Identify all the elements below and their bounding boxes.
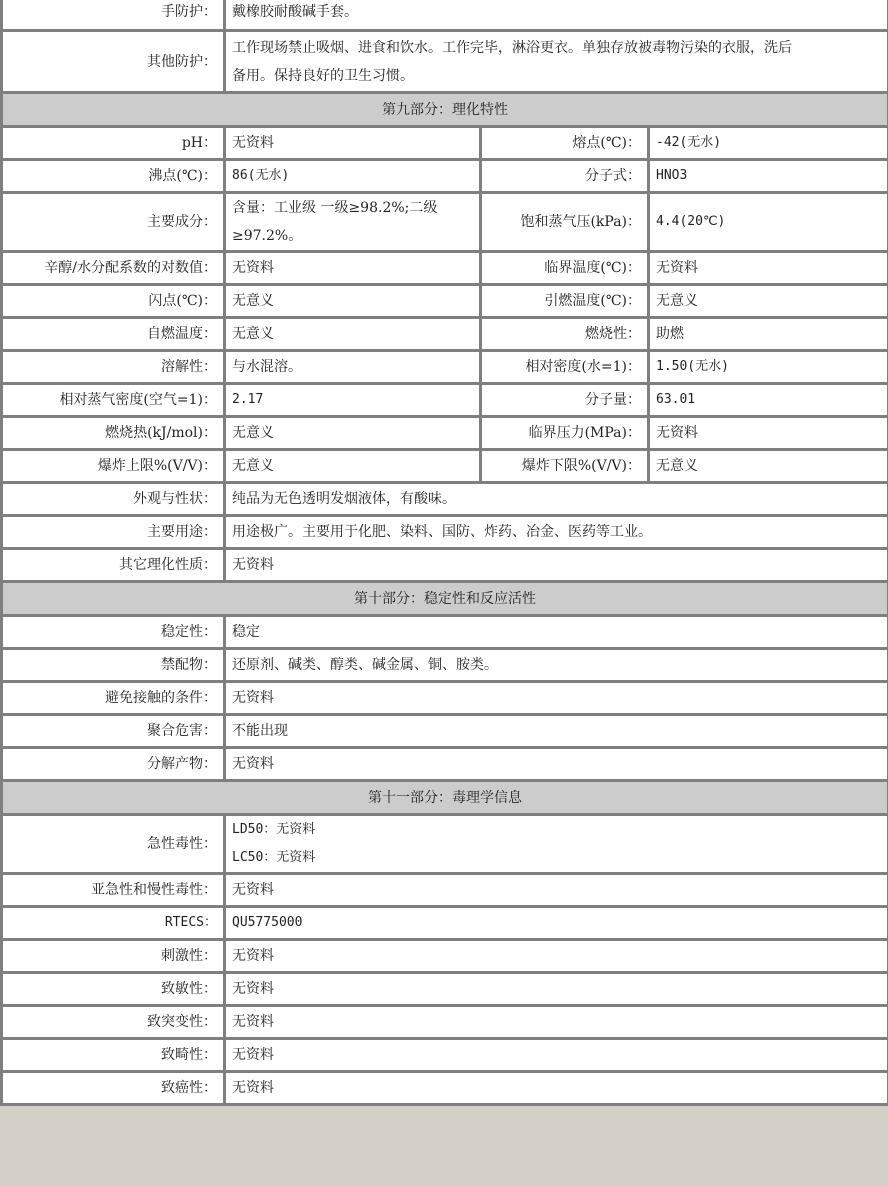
table-row: 致畸性： 无资料 xyxy=(2,1039,888,1072)
property-label: 相对蒸气密度(空气=1)： xyxy=(2,384,225,417)
property-value: 用途极广。主要用于化肥、染料、国防、炸药、冶金、医药等工业。 xyxy=(225,516,888,549)
property-label: 临界温度(℃)： xyxy=(481,252,649,285)
property-value: 无资料 xyxy=(225,748,888,781)
table-row: 致突变性： 无资料 xyxy=(2,1006,888,1039)
table-row: 分解产物： 无资料 xyxy=(2,748,888,781)
section-header-9: 第九部分：理化特性 xyxy=(2,93,888,127)
property-label: 稳定性： xyxy=(2,616,225,649)
property-label: 分子式： xyxy=(481,160,649,193)
property-label: 刺激性： xyxy=(2,940,225,973)
value-line: 含量：工业级 一级≥98.2%;二级 xyxy=(232,194,473,222)
property-value: 63.01 xyxy=(649,384,888,417)
table-row: pH： 无资料 熔点(℃)： -42(无水) xyxy=(2,127,888,160)
table-row: 致敏性： 无资料 xyxy=(2,973,888,1006)
property-label: 主要用途： xyxy=(2,516,225,549)
property-value: 无资料 xyxy=(225,1006,888,1039)
property-label: RTECS： xyxy=(2,907,225,940)
section-title-11: 第十一部分：毒理学信息 xyxy=(2,781,888,815)
property-value: 无资料 xyxy=(649,417,888,450)
table-row: 致癌性： 无资料 xyxy=(2,1072,888,1105)
table-row: 亚急性和慢性毒性： 无资料 xyxy=(2,874,888,907)
label-other-protection: 其他防护： xyxy=(2,31,225,93)
property-label: 辛醇/水分配系数的对数值： xyxy=(2,252,225,285)
value-other-protection: 工作现场禁止吸烟、进食和饮水。工作完毕，淋浴更衣。单独存放被毒物污染的衣服，洗后… xyxy=(225,31,888,93)
table-row: 避免接触的条件： 无资料 xyxy=(2,682,888,715)
property-value: 助燃 xyxy=(649,318,888,351)
table-row: 溶解性： 与水混溶。 相对密度(水=1)： 1.50(无水) xyxy=(2,351,888,384)
property-value: 无资料 xyxy=(225,973,888,1006)
property-label: 溶解性： xyxy=(2,351,225,384)
property-label: 熔点(℃)： xyxy=(481,127,649,160)
property-label: 急性毒性： xyxy=(2,815,225,874)
property-value: 2.17 xyxy=(225,384,481,417)
table-row: 聚合危害： 不能出现 xyxy=(2,715,888,748)
property-value: 无意义 xyxy=(225,450,481,483)
property-value: 无意义 xyxy=(649,285,888,318)
property-value: 无意义 xyxy=(225,318,481,351)
property-value: -42(无水) xyxy=(649,127,888,160)
property-label: 致畸性： xyxy=(2,1039,225,1072)
property-label: 致敏性： xyxy=(2,973,225,1006)
property-value: 无资料 xyxy=(225,940,888,973)
property-value: 无资料 xyxy=(225,874,888,907)
table-row: 其它理化性质： 无资料 xyxy=(2,549,888,582)
property-value: 纯品为无色透明发烟液体，有酸味。 xyxy=(225,483,888,516)
property-label: 自燃温度： xyxy=(2,318,225,351)
value-line: ≥97.2%。 xyxy=(232,222,473,250)
property-value: 无资料 xyxy=(225,127,481,160)
property-label: 相对密度(水=1)： xyxy=(481,351,649,384)
table-row: RTECS： QU5775000 xyxy=(2,907,888,940)
property-value: 无资料 xyxy=(225,1039,888,1072)
property-label: 禁配物： xyxy=(2,649,225,682)
table-row: 自燃温度： 无意义 燃烧性： 助燃 xyxy=(2,318,888,351)
row-other-protection: 其他防护： 工作现场禁止吸烟、进食和饮水。工作完毕，淋浴更衣。单独存放被毒物污染… xyxy=(2,31,888,93)
section-header-11: 第十一部分：毒理学信息 xyxy=(2,781,888,815)
row-hand-protection: 手防护： 戴橡胶耐酸碱手套。 xyxy=(2,0,888,31)
property-label: 致癌性： xyxy=(2,1072,225,1105)
page-bottom-margin xyxy=(0,1181,888,1186)
property-value: 无资料 xyxy=(649,252,888,285)
property-value: 无意义 xyxy=(225,285,481,318)
property-label: 临界压力(MPa)： xyxy=(481,417,649,450)
property-label: 燃烧性： xyxy=(481,318,649,351)
property-label: 外观与性状： xyxy=(2,483,225,516)
property-label: 闪点(℃)： xyxy=(2,285,225,318)
property-label: 分解产物： xyxy=(2,748,225,781)
value-line: 备用。保持良好的卫生习惯。 xyxy=(232,62,881,90)
property-label: 爆炸上限%(V/V)： xyxy=(2,450,225,483)
table-row: 主要用途： 用途极广。主要用于化肥、染料、国防、炸药、冶金、医药等工业。 xyxy=(2,516,888,549)
section-header-10: 第十部分：稳定性和反应活性 xyxy=(2,582,888,616)
property-label: 燃烧热(kJ/mol)： xyxy=(2,417,225,450)
property-label: 沸点(℃)： xyxy=(2,160,225,193)
label-hand-protection: 手防护： xyxy=(2,0,225,31)
property-value: 含量：工业级 一级≥98.2%;二级 ≥97.2%。 xyxy=(225,193,481,252)
table-row: 爆炸上限%(V/V)： 无意义 爆炸下限%(V/V)： 无意义 xyxy=(2,450,888,483)
value-line: LC50：无资料 xyxy=(232,844,881,872)
property-value: HNO3 xyxy=(649,160,888,193)
property-value: 与水混溶。 xyxy=(225,351,481,384)
table-row: 急性毒性： LD50：无资料 LC50：无资料 xyxy=(2,815,888,874)
property-value: 无资料 xyxy=(225,549,888,582)
property-value: 86(无水) xyxy=(225,160,481,193)
property-label: 饱和蒸气压(kPa)： xyxy=(481,193,649,252)
value-line: LD50：无资料 xyxy=(232,816,881,844)
table-row: 稳定性： 稳定 xyxy=(2,616,888,649)
property-value: 还原剂、碱类、醇类、碱金属、铜、胺类。 xyxy=(225,649,888,682)
property-label: 引燃温度(℃)： xyxy=(481,285,649,318)
section-title-9: 第九部分：理化特性 xyxy=(2,93,888,127)
property-label: 分子量： xyxy=(481,384,649,417)
table-row: 相对蒸气密度(空气=1)： 2.17 分子量： 63.01 xyxy=(2,384,888,417)
value-line: 工作现场禁止吸烟、进食和饮水。工作完毕，淋浴更衣。单独存放被毒物污染的衣服，洗后 xyxy=(232,34,881,62)
table-row: 沸点(℃)： 86(无水) 分子式： HNO3 xyxy=(2,160,888,193)
property-value: 无资料 xyxy=(225,682,888,715)
table-row: 辛醇/水分配系数的对数值： 无资料 临界温度(℃)： 无资料 xyxy=(2,252,888,285)
property-label: 致突变性： xyxy=(2,1006,225,1039)
property-value: 无意义 xyxy=(649,450,888,483)
property-value: 无资料 xyxy=(225,1072,888,1105)
msds-document: 手防护： 戴橡胶耐酸碱手套。 其他防护： 工作现场禁止吸烟、进食和饮水。工作完毕… xyxy=(0,0,888,1186)
table-row: 主要成分： 含量：工业级 一级≥98.2%;二级 ≥97.2%。 饱和蒸气压(k… xyxy=(2,193,888,252)
property-value: QU5775000 xyxy=(225,907,888,940)
property-label: 主要成分： xyxy=(2,193,225,252)
property-label: 避免接触的条件： xyxy=(2,682,225,715)
property-label: 其它理化性质： xyxy=(2,549,225,582)
table-row: 外观与性状： 纯品为无色透明发烟液体，有酸味。 xyxy=(2,483,888,516)
property-label: pH： xyxy=(2,127,225,160)
property-value: 无资料 xyxy=(225,252,481,285)
property-value: 稳定 xyxy=(225,616,888,649)
property-value: 1.50(无水) xyxy=(649,351,888,384)
property-label: 爆炸下限%(V/V)： xyxy=(481,450,649,483)
property-label: 聚合危害： xyxy=(2,715,225,748)
property-label: 亚急性和慢性毒性： xyxy=(2,874,225,907)
property-value: 4.4(20℃) xyxy=(649,193,888,252)
msds-table: 手防护： 戴橡胶耐酸碱手套。 其他防护： 工作现场禁止吸烟、进食和饮水。工作完毕… xyxy=(0,0,888,1106)
table-row: 禁配物： 还原剂、碱类、醇类、碱金属、铜、胺类。 xyxy=(2,649,888,682)
table-row: 闪点(℃)： 无意义 引燃温度(℃)： 无意义 xyxy=(2,285,888,318)
property-value: LD50：无资料 LC50：无资料 xyxy=(225,815,888,874)
table-row: 刺激性： 无资料 xyxy=(2,940,888,973)
property-value: 无意义 xyxy=(225,417,481,450)
table-row: 燃烧热(kJ/mol)： 无意义 临界压力(MPa)： 无资料 xyxy=(2,417,888,450)
section-title-10: 第十部分：稳定性和反应活性 xyxy=(2,582,888,616)
value-hand-protection: 戴橡胶耐酸碱手套。 xyxy=(225,0,888,31)
property-value: 不能出现 xyxy=(225,715,888,748)
